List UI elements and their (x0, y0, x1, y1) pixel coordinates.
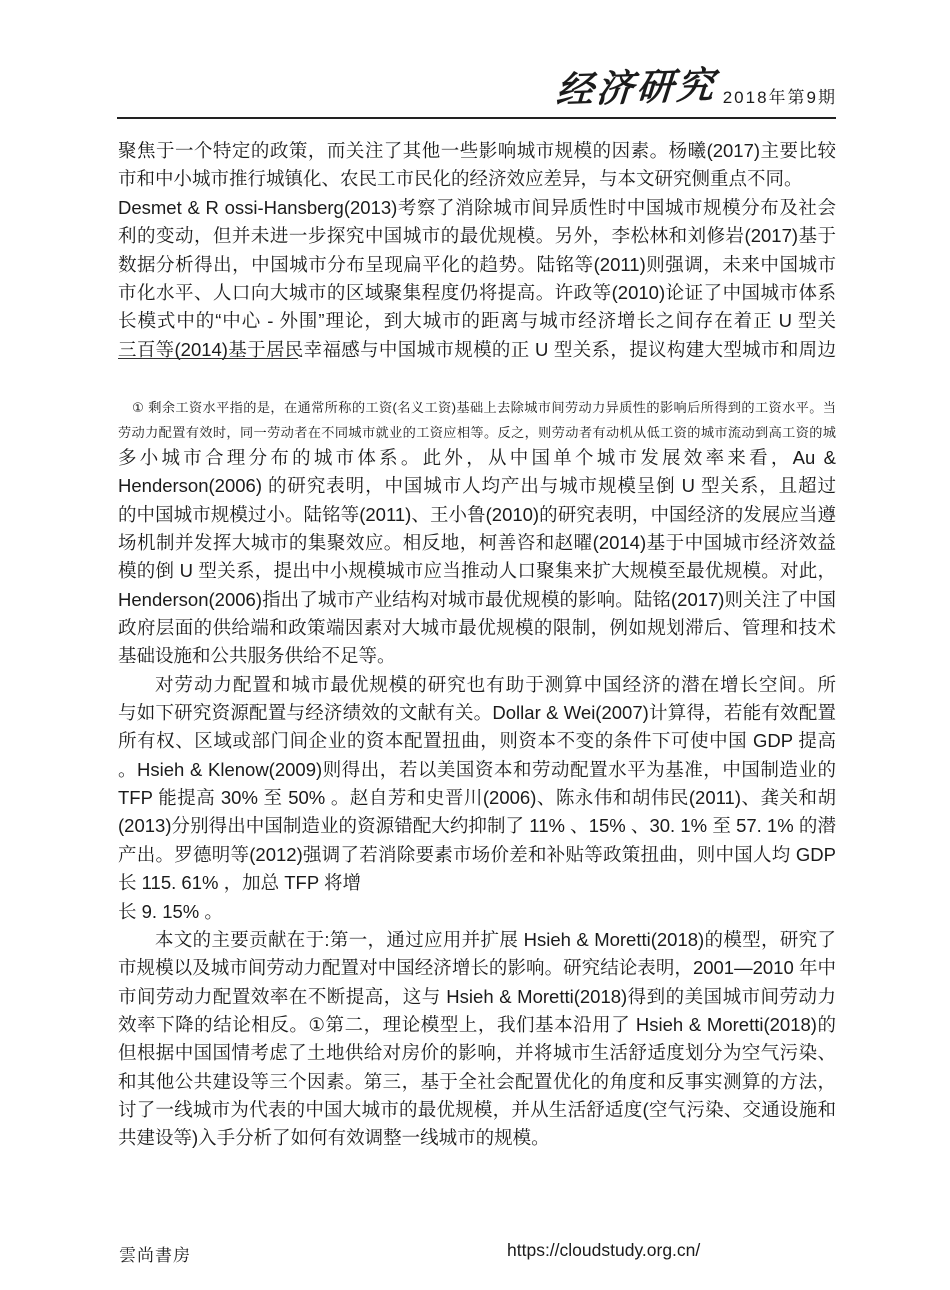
text-line: 的中国城市规模过小。陆铭等(2011)、王小鲁(2010)的研究表明，中国经济的… (118, 501, 836, 529)
text-line: 对劳动力配置和城市最优规模的研究也有助于测算中国经济的潜在增长空间。所以，本文也 (118, 671, 836, 699)
text-line: Henderson(2006) 的研究表明，中国城市人均产出与城市规模呈倒 U … (118, 472, 836, 500)
journal-logo: 经济研究 (555, 66, 718, 109)
footnote: ① 剩余工资水平指的是，在通常所称的工资(名义工资)基础上去除城市间劳动力异质性… (118, 395, 836, 446)
text-line: 场机制并发挥大城市的集聚效应。相反地，柯善咨和赵曜(2014)基于中国城市经济效… (118, 529, 836, 557)
text-line: 基础设施和公共服务供给不足等。 (118, 642, 836, 670)
text-line: TFP 能提高 30% 至 50% 。赵自芳和史晋川(2006)、陈永伟和胡伟民… (118, 784, 836, 812)
text-line: 多小城市合理分布的城市体系。此外，从中国单个城市发展效率来看，Au & (118, 444, 836, 472)
text-line: 长 9. 15% 。 (118, 898, 836, 926)
header-rule (117, 117, 836, 119)
text-line: 和其他公共建设等三个因素。第三，基于全社会配置优化的角度和反事实测算的方法，定量… (118, 1068, 836, 1096)
text-line: 政府层面的供给端和政策端因素对大城市最优规模的限制，例如规划滞后、管理和技术不完… (118, 614, 836, 642)
text-line: Desmet & R ossi-Hansberg(2013)考察了消除城市间异质… (118, 194, 836, 222)
footnote-line: 劳动力配置有效时，同一劳动者在不同城市就业的工资应相等。反之，则劳动者有动机从低… (118, 420, 836, 445)
body-text-bottom: 多小城市合理分布的城市体系。此外，从中国单个城市发展效率来看，Au & Hend… (118, 444, 836, 1153)
text-line: 本文的主要贡献在于:第一，通过应用并扩展 Hsieh & Moretti(201… (118, 926, 836, 954)
text-line: 三百等(2014)基于居民幸福感与中国城市规模的正 U 型关系，提议构建大型城市… (118, 336, 836, 364)
text-line: 数据分析得出，中国城市分布呈现扁平化的趋势。陆铭等(2011)则强调，未来中国城… (118, 251, 836, 279)
paper-page: 经济研究 2018年第9期 聚焦于一个特定的政策，而关注了其他一些影响城市规模的… (0, 0, 950, 1290)
text-line: 所有权、区域或部门间企业的资本配置扭曲，则资本不变的条件下可使中国 GDP 提高… (118, 727, 836, 755)
text-line: 共建设等)入手分析了如何有效调整一线城市的规模。 (118, 1124, 836, 1152)
text-line: 。Hsieh & Klenow(2009)则得出，若以美国资本和劳动配置水平为基… (118, 756, 836, 784)
text-line: 产出。罗德明等(2012)强调了若消除要素市场价差和补贴等政策扭曲，则中国人均 … (118, 841, 836, 869)
body-text-top: 聚焦于一个特定的政策，而关注了其他一些影响城市规模的因素。杨曦(2017)主要比… (118, 137, 836, 364)
footnote-line: ① 剩余工资水平指的是，在通常所称的工资(名义工资)基础上去除城市间劳动力异质性… (118, 395, 836, 420)
text-line: 聚焦于一个特定的政策，而关注了其他一些影响城市规模的因素。杨曦(2017)主要比… (118, 137, 836, 165)
text-line: 模的倒 U 型关系，提出中小规模城市应当推动人口聚集来扩大规模至最优规模。对此，… (118, 557, 836, 585)
text-line: 市间劳动力配置效率在不断提高，这与 Hsieh & Moretti(2018)得… (118, 983, 836, 1011)
text-line: 讨了一线城市为代表的中国大城市的最优规模，并从生活舒适度(空气污染、交通设施和其… (118, 1096, 836, 1124)
text-line: 市规模以及城市间劳动力配置对中国经济增长的影响。研究结论表明，2001—2010… (118, 954, 836, 982)
text-line: 利的变动，但并未进一步探究中国城市的最优规模。另外，李松林和刘修岩(2017)基… (118, 222, 836, 250)
site-url-link[interactable]: https://cloudstudy.org.cn/ (507, 1240, 700, 1261)
page-header: 经济研究 2018年第9期 (555, 72, 837, 109)
text-line: 长模式中的“中心 - 外围”理论，到大城市的距离与城市经济增长之间存在着正 U … (118, 307, 836, 335)
text-line: (2013)分别得出中国制造业的资源错配大约抑制了 11% 、15% 、30. … (118, 812, 836, 840)
text-line: 市和中小城市推行城镇化、农民工市民化的经济效应差异，与本文研究侧重点不同。 (118, 165, 836, 193)
text-line: Henderson(2006)指出了城市产业结构对城市最优规模的影响。陆铭(20… (118, 586, 836, 614)
text-line: 与如下研究资源配置与经济绩效的文献有关。Dollar & Wei(2007)计算… (118, 699, 836, 727)
text-line: 但根据中国国情考虑了土地供给对房价的影响，并将城市生活舒适度划分为空气污染、交通… (118, 1039, 836, 1067)
journal-issue: 2018年第9期 (723, 89, 837, 109)
text-line: 效率下降的结论相反。①第二，理论模型上，我们基本沿用了 Hsieh & More… (118, 1011, 836, 1039)
publisher-name: 雲尚書房 (119, 1241, 191, 1266)
text-line: 长 115. 61% ，加总 TFP 将增 (118, 869, 836, 897)
footnote-rule (118, 358, 298, 359)
text-line: 市化水平、人口向大城市的区域聚集程度仍将提高。许政等(2010)论证了中国城市体… (118, 279, 836, 307)
